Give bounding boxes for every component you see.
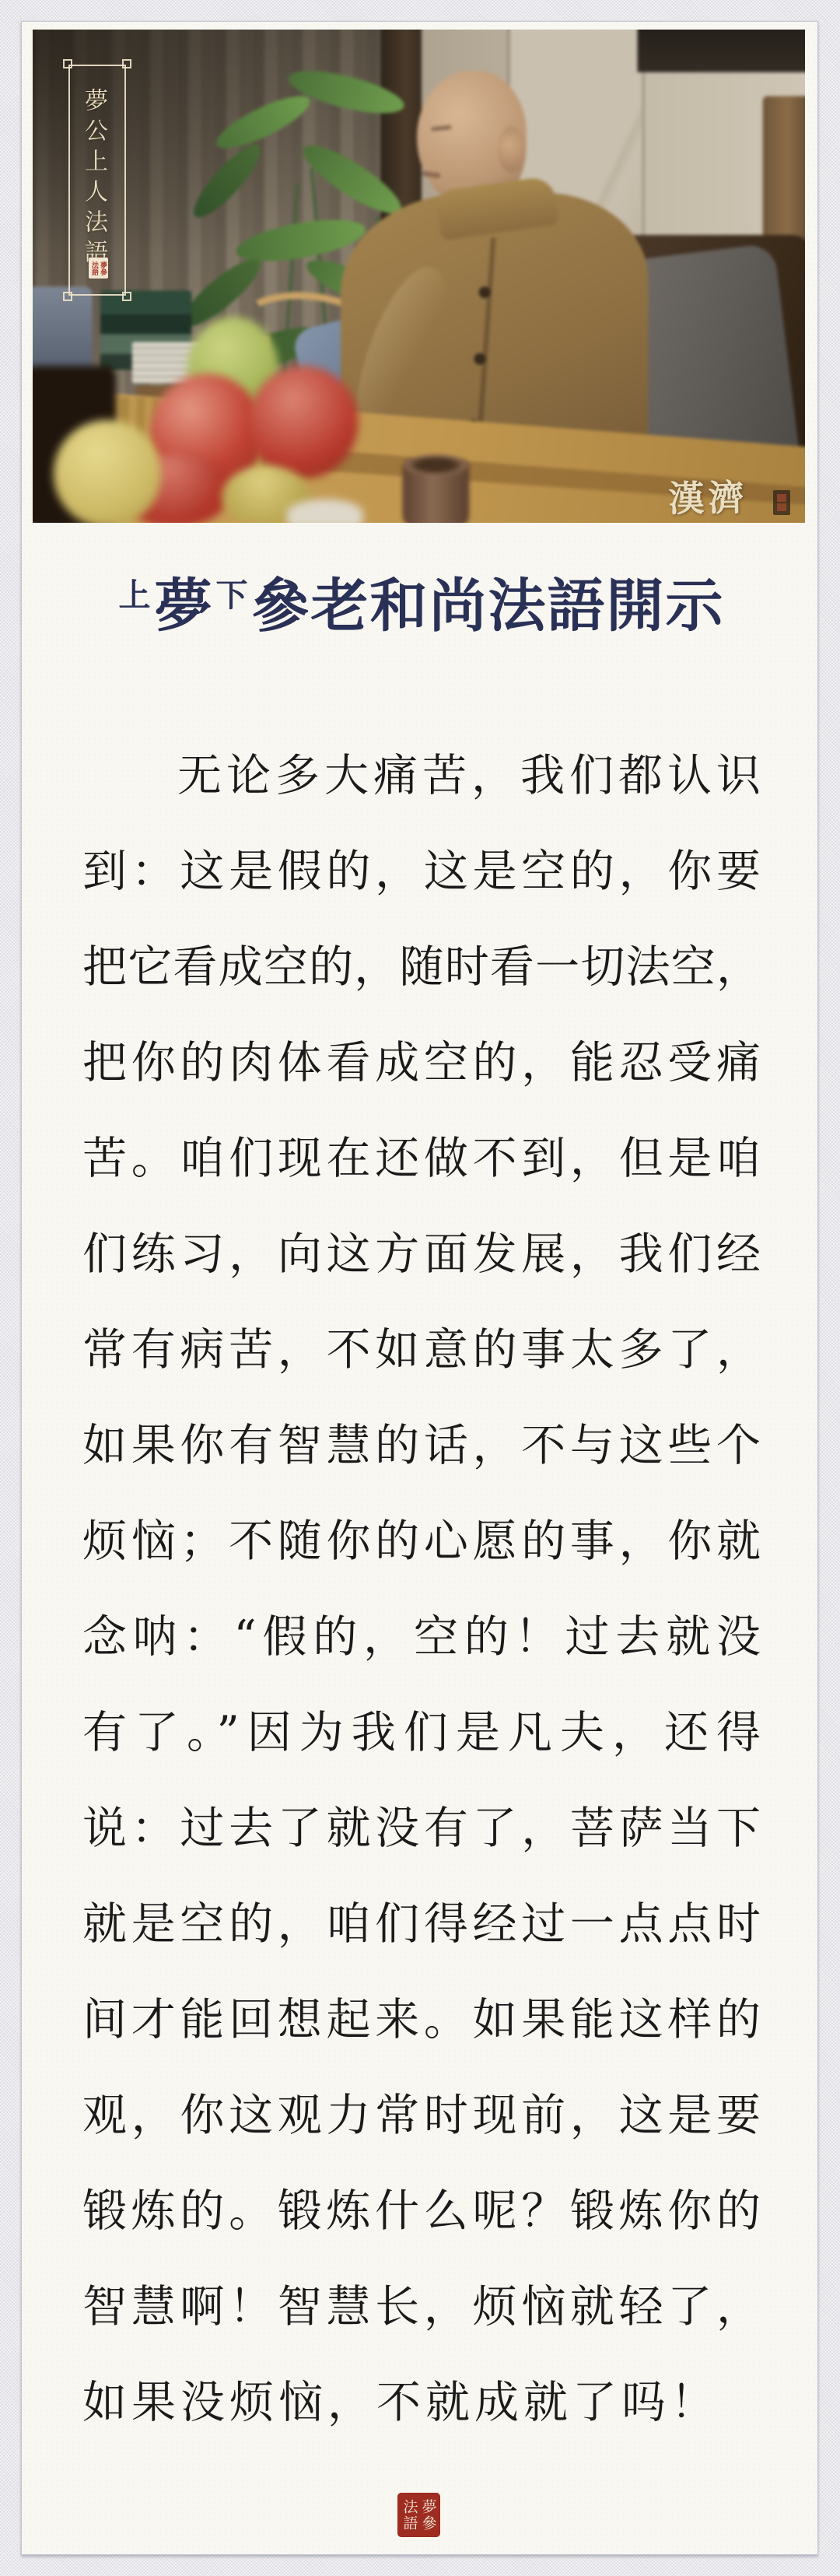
text-line: 间才能回想起来。如果能这样的 — [82, 1972, 761, 2068]
seal-column: 法語 — [401, 2499, 418, 2532]
vertical-title-banner: 夢公上人法語 法語夢參 — [68, 65, 126, 296]
robe-button — [474, 353, 485, 365]
monk-ear — [498, 126, 525, 172]
monk-photo: 夢公上人法語 法語夢參 漢濟寺 — [33, 30, 805, 523]
text-line: 有了。”因为我们是凡夫，还得 — [82, 1685, 761, 1781]
page-title: 上夢下參老和尚法語開示 — [22, 560, 819, 652]
banner-corner-ornament — [63, 292, 72, 301]
seal-column: 夢參 — [420, 2499, 437, 2532]
red-apple — [249, 366, 359, 478]
text-line: 如果你有智慧的话，不与这些个 — [82, 1398, 761, 1494]
watermark-seal-stamp — [773, 490, 790, 515]
text-line: 就是空的，咱们得经过一点点时 — [82, 1877, 761, 1972]
text-line: 说：过去了就没有了，菩萨当下 — [82, 1781, 761, 1877]
teacup-rim — [404, 455, 468, 476]
dharma-text: 无论多大痛苦，我们都认识 到：这是假的，这是空的，你要 把它看成空的，随时看一切… — [82, 728, 761, 2451]
title-char-meng: 夢 — [155, 577, 214, 635]
text-line: 烦恼；不随你的心愿的事，你就 — [82, 1494, 761, 1589]
plant-leaf — [210, 87, 315, 158]
text-line: 把它看成空的，随时看一切法空， — [82, 920, 761, 1015]
footer-red-seal-stamp: 夢參 法語 — [397, 2493, 440, 2537]
text-line: 们练习，向这方面发展，我们经 — [82, 1207, 761, 1302]
text-line: 常有病苦，不如意的事太多了， — [82, 1302, 761, 1398]
banner-corner-ornament — [122, 59, 131, 68]
wall-artwork — [638, 30, 805, 72]
text-line: 到：这是假的，这是空的，你要 — [82, 824, 761, 920]
text-line: 无论多大痛苦，我们都认识 — [82, 728, 761, 824]
temple-watermark: 漢濟寺 — [668, 469, 786, 523]
plant-leaf — [185, 137, 269, 226]
text-line: 智慧啊！智慧长，烦恼就轻了， — [82, 2259, 761, 2355]
text-line: 如果没烦恼，不就成就了吗！ — [82, 2355, 761, 2451]
robe-button — [479, 286, 491, 298]
title-small-shang: 上 — [119, 580, 152, 612]
banner-corner-ornament — [63, 59, 72, 68]
banner-vertical-text: 夢公上人法語 — [84, 82, 110, 276]
yellow-pear — [54, 420, 162, 523]
page-background: 夢公上人法語 法語夢參 漢濟寺 上夢下參老和尚法語開示 无论多大痛苦，我们都认识… — [0, 0, 840, 2576]
photo-scene — [33, 30, 805, 523]
paper-card: 夢公上人法語 法語夢參 漢濟寺 上夢下參老和尚法語開示 无论多大痛苦，我们都认识… — [21, 21, 818, 2555]
fruit-bowl-rim — [287, 499, 363, 523]
title-small-xia: 下 — [216, 580, 250, 612]
text-line: 念呐：“假的，空的！过去就没 — [82, 1589, 761, 1685]
text-line: 锻炼的。锻炼什么呢？锻炼你的 — [82, 2164, 761, 2259]
text-line: 把你的肉体看成空的，能忍受痛 — [82, 1015, 761, 1111]
banner-corner-ornament — [122, 292, 131, 301]
title-main-text: 參老和尚法語開示 — [252, 577, 725, 635]
banner-red-seal-stamp: 法語夢參 — [89, 258, 108, 279]
text-line: 苦。咱们现在还做不到，但是咱 — [82, 1111, 761, 1207]
text-line: 观，你这观力常时现前，这是要 — [82, 2068, 761, 2164]
